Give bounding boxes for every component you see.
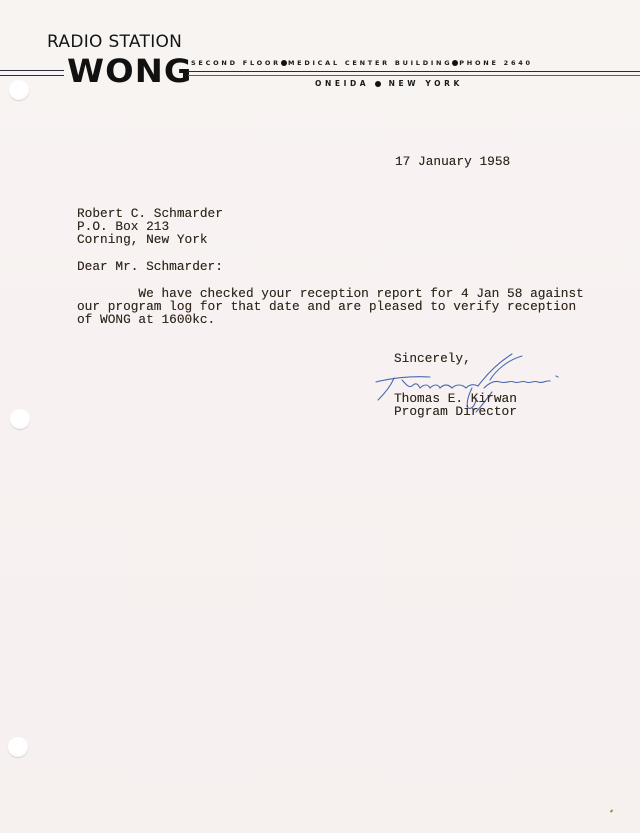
signature-block: Thomas E. Kirwan Program Director <box>394 392 517 418</box>
letter-page: RADIO STATION WONG SECOND FLOORMEDICAL C… <box>0 0 640 833</box>
letterhead-station-label: RADIO STATION <box>47 32 182 52</box>
punch-hole-bottom <box>8 737 28 757</box>
punch-hole-top <box>9 80 29 100</box>
salutation: Dear Mr. Schmarder: <box>77 260 223 273</box>
letterhead-call-sign: WONG <box>67 55 193 87</box>
letterhead-floor: SECOND FLOOR <box>191 59 281 67</box>
letterhead-phone: PHONE 2640 <box>459 59 532 67</box>
bullet-dot-icon <box>281 60 287 66</box>
letterhead-city: ONEIDA <box>315 79 369 88</box>
letterhead-rule-left <box>0 70 64 76</box>
recipient-city: Corning, New York <box>77 232 208 247</box>
letterhead-address-line-2: ONEIDA NEW YORK <box>315 79 463 88</box>
recipient-address: Robert C. Schmarder P.O. Box 213 Corning… <box>77 207 223 246</box>
letterhead-rule-right <box>188 71 640 76</box>
letterhead-address-line-1: SECOND FLOORMEDICAL CENTER BUILDINGPHONE… <box>191 59 533 67</box>
punch-hole-middle <box>10 409 30 429</box>
bullet-dot-icon <box>452 60 458 66</box>
letter-date: 17 January 1958 <box>395 155 510 168</box>
closing: Sincerely, <box>394 352 471 365</box>
paper-speck <box>610 809 614 812</box>
letterhead-building: MEDICAL CENTER BUILDING <box>288 59 452 67</box>
letter-body: We have checked your reception report fo… <box>77 287 584 326</box>
bullet-dot-icon <box>375 81 381 87</box>
signer-title: Program Director <box>394 404 517 419</box>
letterhead-state: NEW YORK <box>389 79 463 88</box>
